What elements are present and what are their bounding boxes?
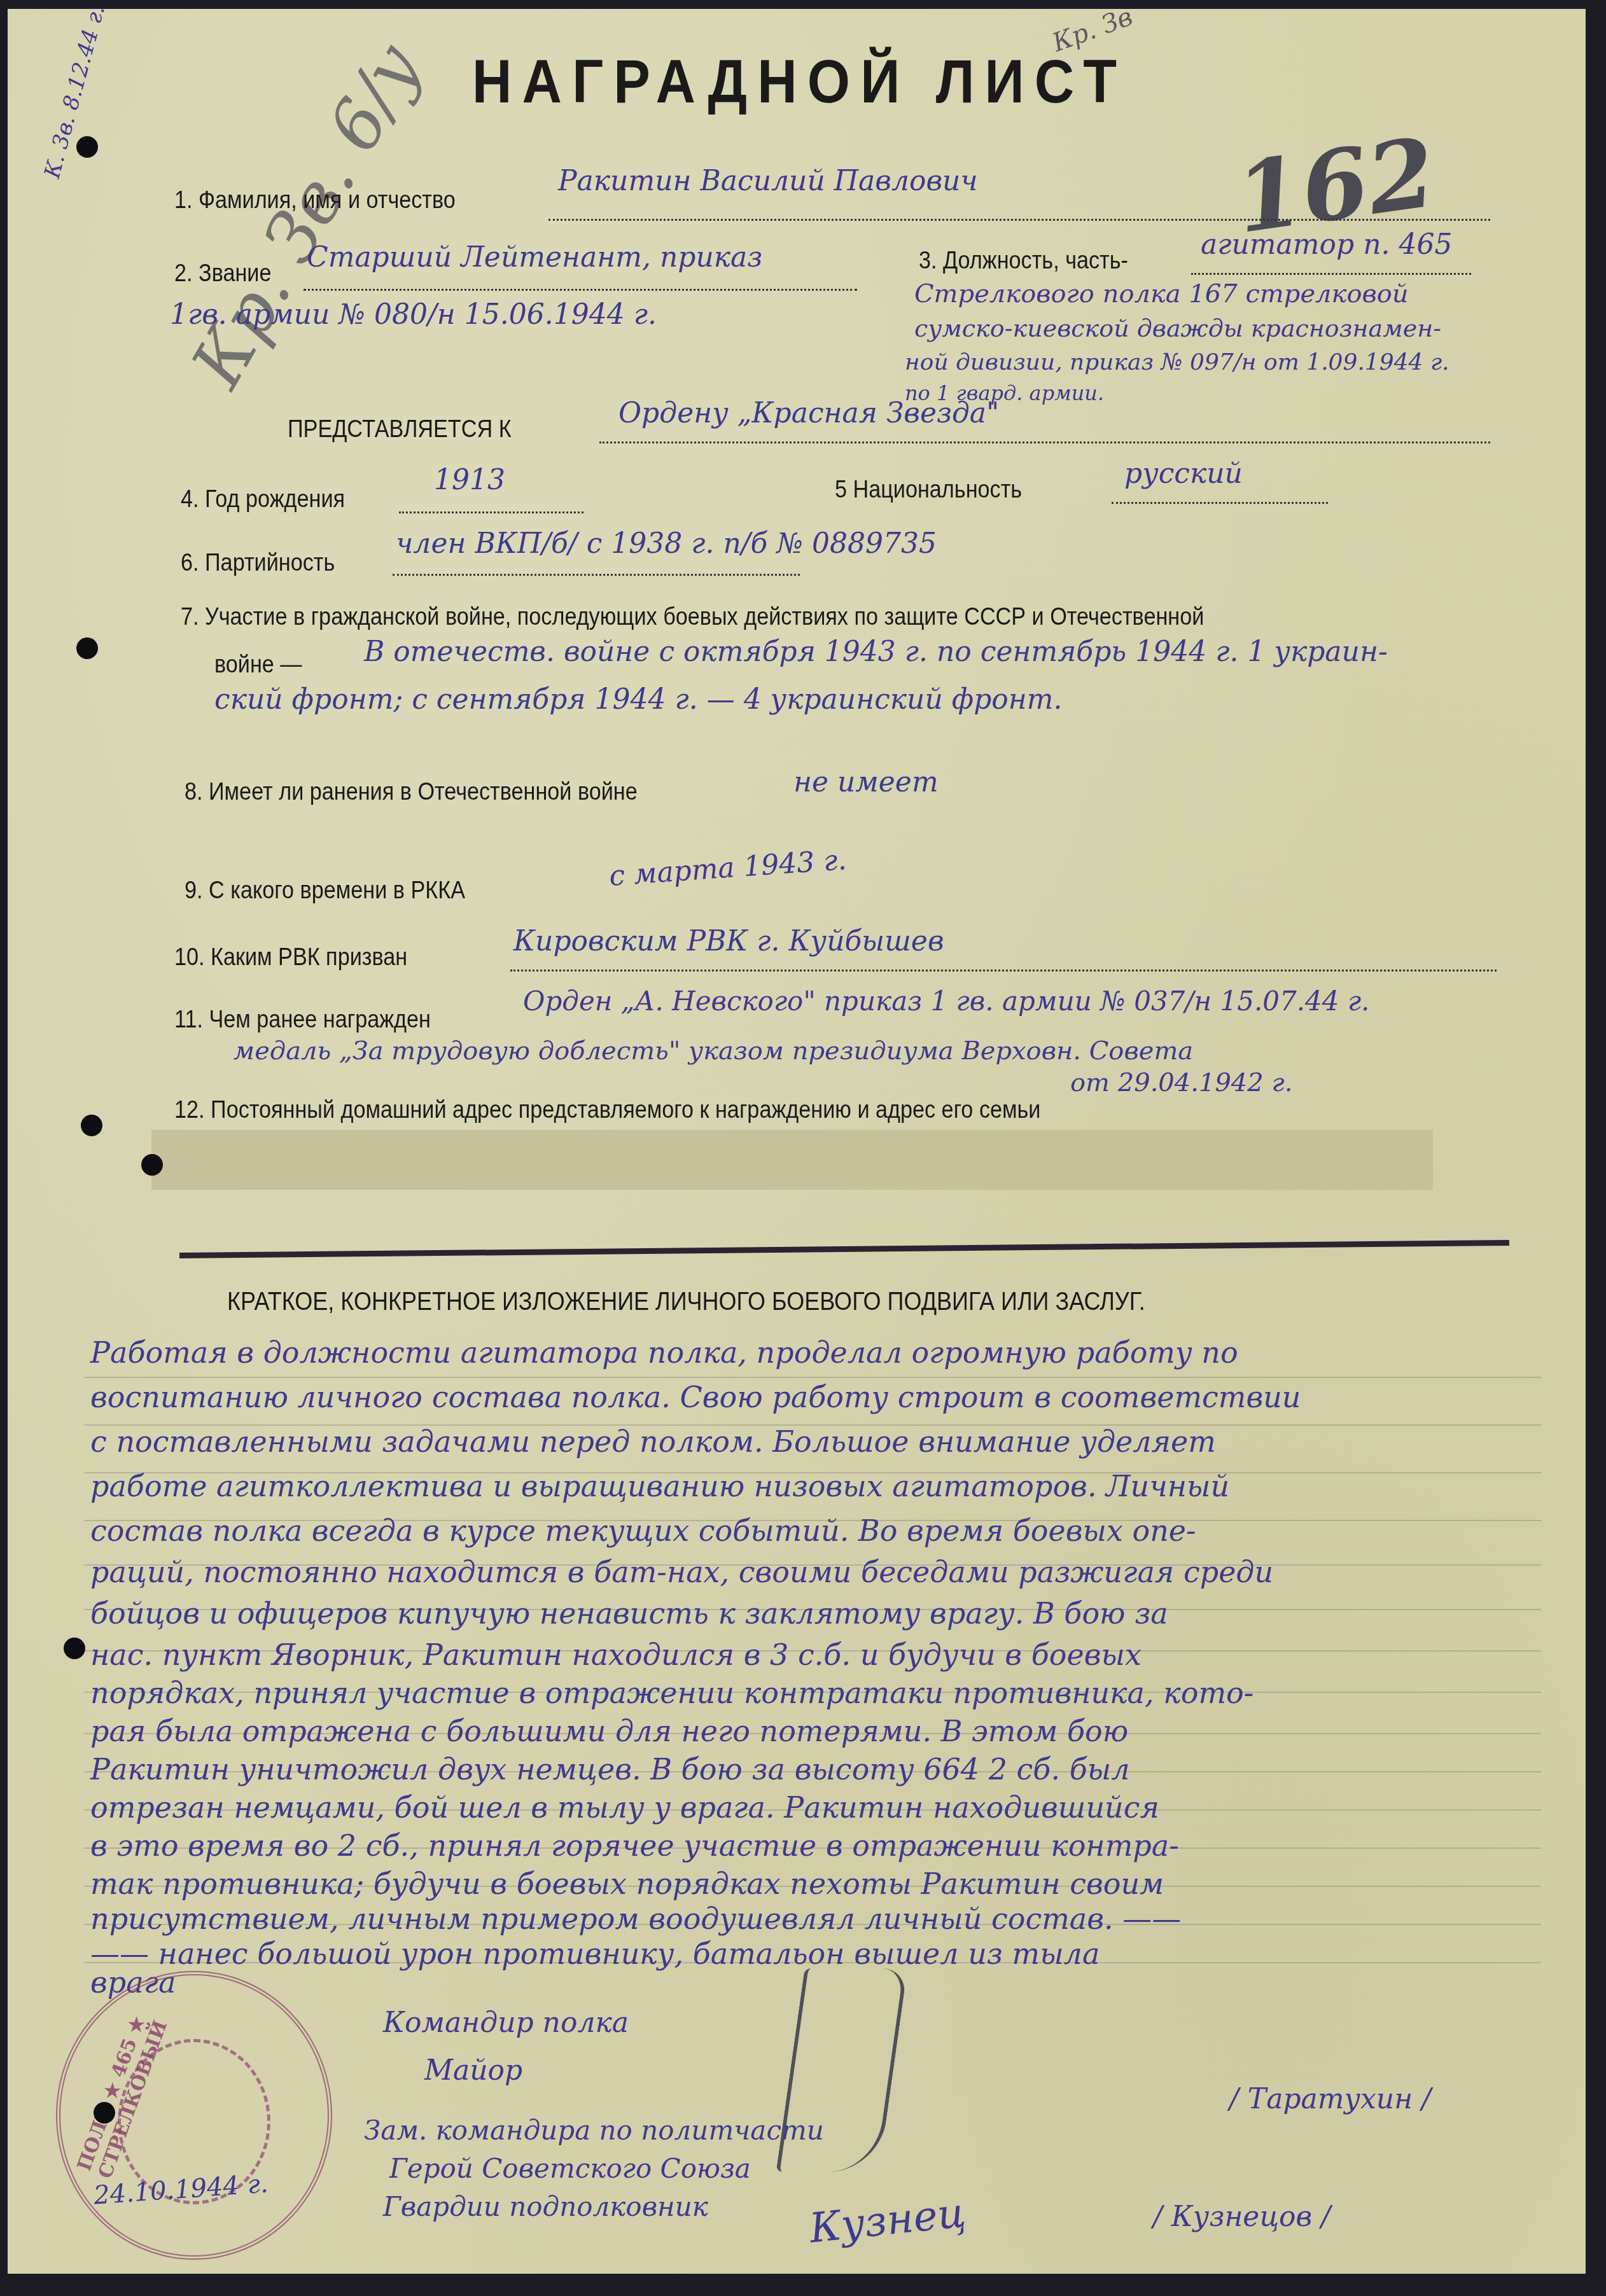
field-3-value: агитатор п. 465 [1201, 228, 1452, 261]
field-3-label: 3. Должность, часть- [919, 247, 1128, 275]
document-title: НАГРАДНОЙ ЛИСТ [472, 47, 1127, 117]
field-2-value-cont: 1гв. армии № 080/н 15.06.1944 г. [170, 298, 657, 331]
narrative-line: отрезан немцами, бой шел в тылу у врага.… [90, 1790, 1159, 1825]
field-12-label: 12. Постоянный домашний адрес представля… [174, 1097, 1040, 1124]
field-3-value-cont-3: ной дивизии, приказ № 097/н от 1.09.1944… [905, 349, 1449, 375]
field-10-label: 10. Каким РВК призван [174, 944, 407, 971]
field-4-value: 1913 [434, 464, 505, 496]
commander-name: / Таратухин / [1229, 2083, 1431, 2115]
field-1-value: Ракитин Василий Павлович [558, 165, 978, 197]
deputy-title: Зам. командира по политчасти [364, 2115, 824, 2146]
field-10-underline [510, 970, 1497, 971]
field-3-underline [1191, 273, 1471, 275]
address-redaction [151, 1130, 1433, 1190]
field-6-underline [393, 574, 800, 576]
field-2-label: 2. Звание [174, 260, 272, 288]
narrative-line: воспитанию личного состава полка. Свою р… [90, 1380, 1301, 1414]
narrative-line: порядках, принял участие в отражении кон… [90, 1676, 1253, 1710]
commander-title: Командир полка [383, 2007, 629, 2039]
field-9-value: с марта 1943 г. [608, 844, 848, 893]
field-11-value-line1: Орден „А. Невского" приказ 1 гв. армии №… [523, 985, 1369, 1017]
field-4-underline [399, 511, 583, 513]
field-7-label-line1: 7. Участие в гражданской войне, последую… [181, 604, 1204, 631]
award-sheet: К. 3в. 8.12.44 г. 93 Кр. Зв Кр. Зв. 6/у … [8, 9, 1586, 2274]
award-underline [599, 442, 1490, 443]
narrative-line: рая была отражена с большими для него по… [90, 1714, 1128, 1748]
commander-rank: Майор [424, 2054, 522, 2087]
field-3-value-cont-1: Стрелкового полка 167 стрелковой [914, 279, 1409, 309]
narrative-line: в это время во 2 сб., принял горячее уча… [90, 1828, 1179, 1863]
narrative-line: состав полка всегда в курсе текущих собы… [90, 1513, 1196, 1548]
field-11-label: 11. Чем ранее награжден [174, 1006, 431, 1034]
field-5-underline [1112, 502, 1328, 504]
narrative-line: Ракитин уничтожил двух немцев. В бою за … [90, 1752, 1129, 1786]
narrative-line: присутствием, личным примером воодушевля… [90, 1902, 1181, 1936]
punch-hole [94, 2102, 115, 2124]
punch-hole [64, 1638, 85, 1659]
field-7-label-line2: войне — [214, 651, 302, 679]
margin-note-left: Кр. Зв. 6/у [176, 30, 436, 401]
narrative-line: —— нанес большой урон противнику, баталь… [90, 1937, 1100, 1971]
deputy-hero-title: Герой Советского Союза [389, 2153, 751, 2184]
award-value: Ордену „Красная Звезда" [618, 397, 999, 429]
field-3-value-cont-2: сумско-киевской дважды краснознамен- [914, 314, 1441, 342]
deputy-signature: Кузнец [807, 2189, 968, 2252]
narrative-line: так противника; будучи в боевых порядках… [90, 1867, 1164, 1901]
field-9-label: 9. С какого времени в РККА [185, 877, 465, 905]
punch-hole [81, 1115, 102, 1136]
punch-hole [141, 1154, 163, 1176]
field-8-value: не имеет [793, 766, 939, 798]
narrative-line: нас. пункт Яворник, Ракитин находился в … [90, 1638, 1142, 1672]
deputy-name: / Кузнецов / [1153, 2201, 1330, 2233]
narrative-line: работе агитколлектива и выращиванию низо… [90, 1469, 1229, 1503]
narrative-line: раций, постоянно находится в бат-нах, св… [90, 1555, 1273, 1589]
field-5-label: 5 Национальность [835, 477, 1022, 504]
narrative-line: с поставленными задачами перед полком. Б… [90, 1424, 1216, 1459]
field-2-underline [304, 289, 857, 291]
field-1-label: 1. Фамилия, имя и отчество [174, 187, 456, 214]
deputy-rank: Гвардии подполковник [383, 2191, 708, 2222]
field-7-value-line2: ский фронт; с сентября 1944 г. — 4 украи… [214, 683, 1063, 716]
punch-hole [76, 136, 98, 158]
punch-hole [76, 637, 98, 659]
field-2-value: Старший Лейтенант, приказ [307, 241, 762, 274]
field-6-label: 6. Партийность [181, 550, 335, 577]
field-6-value: член ВКП/б/ с 1938 г. п/б № 0889735 [396, 527, 937, 560]
field-8-label: 8. Имеет ли ранения в Отечественной войн… [185, 779, 638, 806]
field-11-value-line2: медаль „За трудовую доблесть" указом пре… [234, 1036, 1193, 1066]
field-1-underline [548, 219, 1490, 221]
field-4-label: 4. Год рождения [181, 486, 345, 513]
field-5-value: русский [1124, 457, 1243, 490]
section-divider [179, 1240, 1509, 1258]
field-11-value-line3: от 29.04.1942 г. [1070, 1068, 1292, 1097]
narrative-heading: КРАТКОЕ, КОНКРЕТНОЕ ИЗЛОЖЕНИЕ ЛИЧНОГО БО… [227, 1288, 1145, 1316]
narrative-line: Работая в должности агитатора полка, про… [90, 1335, 1238, 1370]
award-label: ПРЕДСТАВЛЯЕТСЯ К [288, 416, 512, 443]
field-10-value: Кировским РВК г. Куйбышев [513, 925, 944, 957]
narrative-line: бойцов и офицеров кипучую ненависть к за… [90, 1596, 1168, 1631]
field-7-value-line1: В отечеств. войне с октября 1943 г. по с… [364, 636, 1388, 668]
